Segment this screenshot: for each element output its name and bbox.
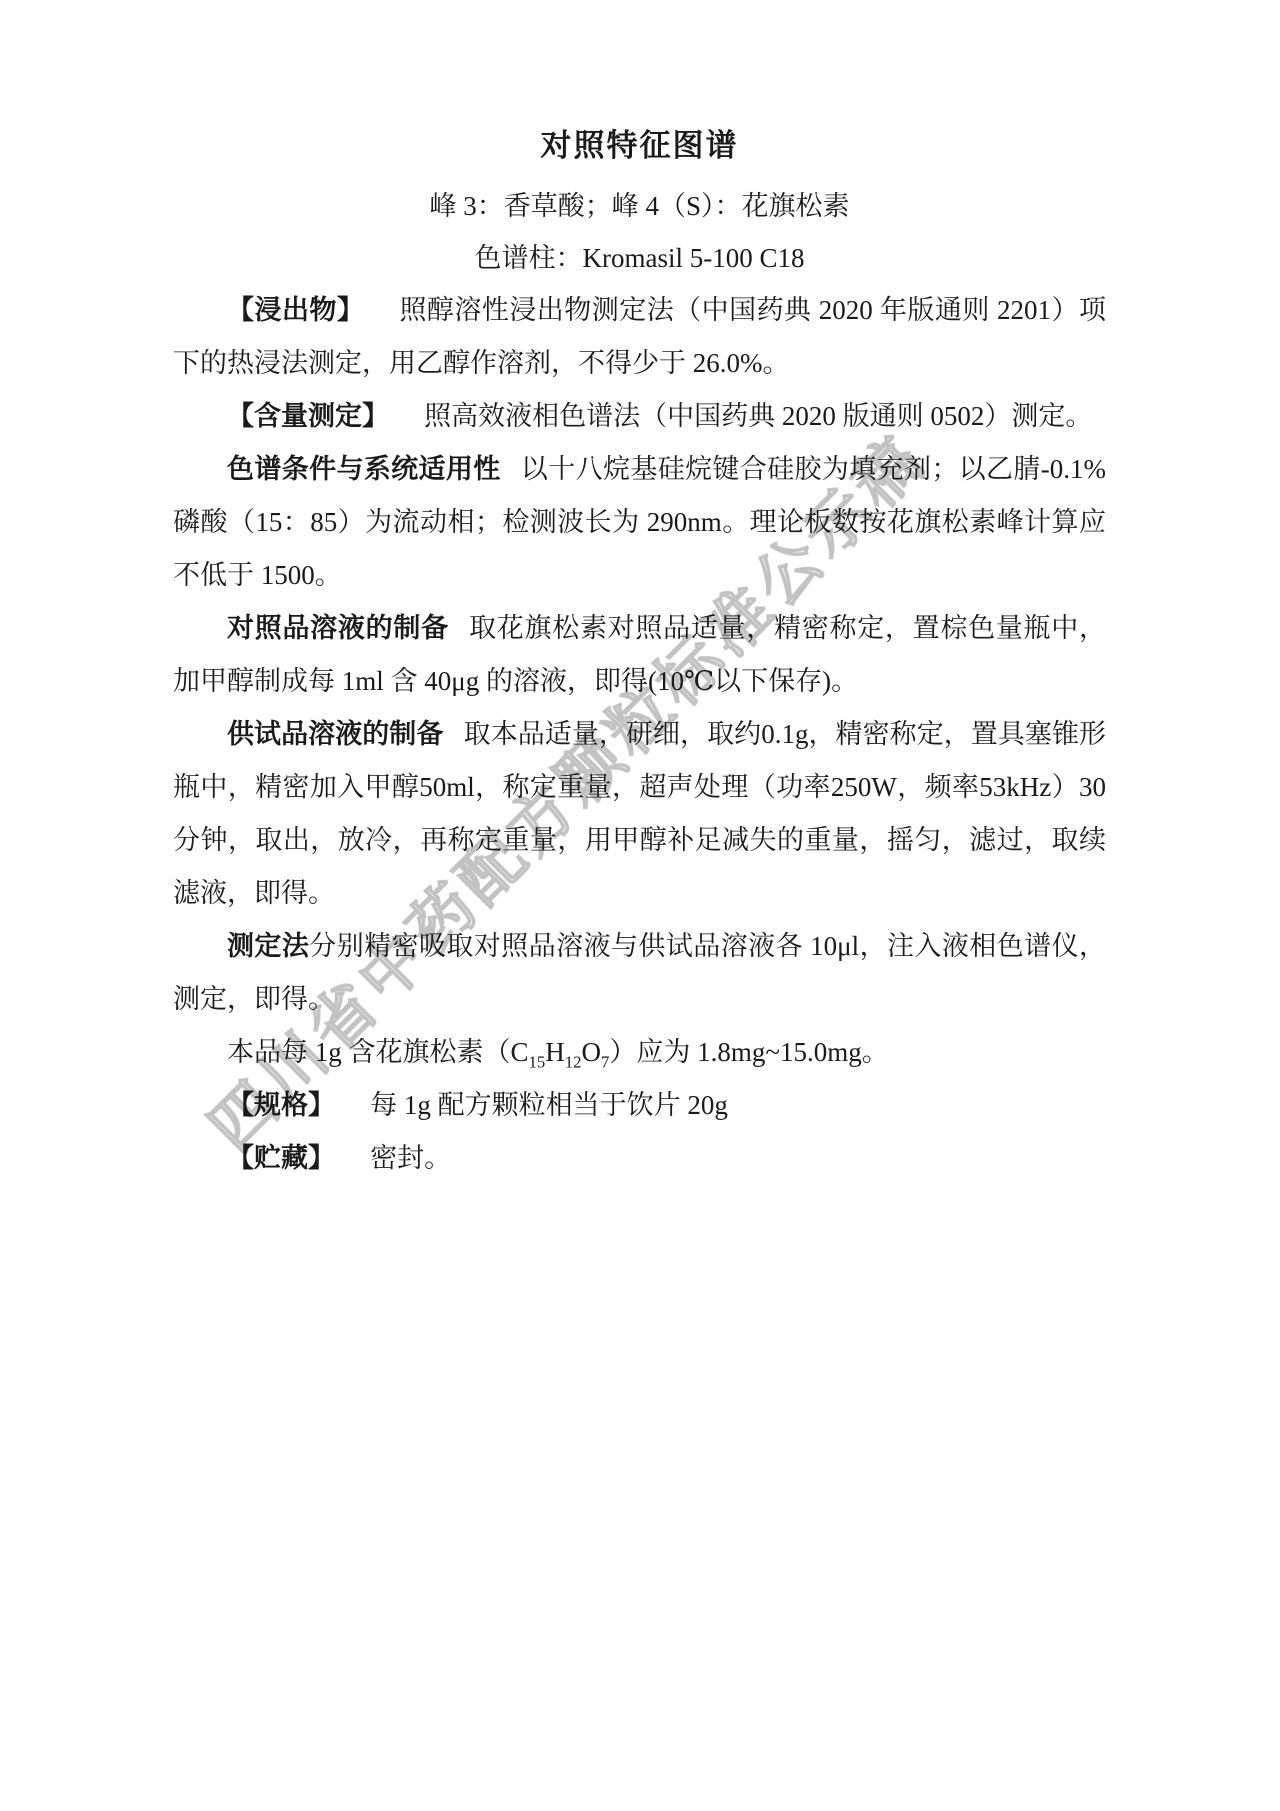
section-determination-text: 分别精密吸取对照品溶液与供试品溶液各 10μl，注入液相色谱仪，测定，即得。 [173, 931, 1106, 1014]
section-extract: 【浸出物】照醇溶性浸出物测定法（中国药典 2020 年版通则 2201）项下的热… [173, 284, 1106, 390]
section-test-solution-label: 供试品溶液的制备 [227, 719, 443, 749]
document-content: 对照特征图谱 峰 3：香草酸；峰 4（S）：花旗松素 色谱柱：Kromasil … [0, 0, 1280, 1185]
section-content-limit: 本品每 1g 含花旗松素（C15H12O7）应为 1.8mg~15.0mg。 [173, 1026, 1106, 1079]
formula-subscript-12: 12 [565, 1052, 582, 1071]
content-limit-suffix: ）应为 1.8mg~15.0mg。 [609, 1037, 888, 1067]
content-limit-prefix: 本品每 1g 含花旗松素（C [227, 1037, 529, 1067]
section-chromatography: 色谱条件与系统适用性以十八烷基硅烷键合硅胶为填充剂；以乙腈-0.1%磷酸（15：… [173, 443, 1106, 602]
section-assay-text: 照高效液相色谱法（中国药典 2020 版通则 0502）测定。 [424, 401, 1092, 431]
section-assay: 【含量测定】照高效液相色谱法（中国药典 2020 版通则 0502）测定。 [173, 390, 1106, 443]
section-assay-label: 【含量测定】 [227, 401, 389, 431]
section-storage-text: 密封。 [370, 1143, 451, 1173]
content-limit-mid1: H [545, 1037, 565, 1067]
section-specification-label: 【规格】 [227, 1090, 335, 1120]
section-extract-label: 【浸出物】 [227, 295, 364, 325]
section-test-solution: 供试品溶液的制备取本品适量，研细，取约0.1g，精密称定，置具塞锥形瓶中，精密加… [173, 708, 1106, 920]
section-chromatography-label: 色谱条件与系统适用性 [227, 454, 501, 484]
peak-annotation: 峰 3：香草酸；峰 4（S）：花旗松素 [173, 190, 1106, 222]
section-reference-solution: 对照品溶液的制备取花旗松素对照品适量，精密称定，置棕色量瓶中，加甲醇制成每 1m… [173, 602, 1106, 708]
section-reference-solution-label: 对照品溶液的制备 [227, 613, 449, 643]
content-limit-mid2: O [581, 1037, 601, 1067]
section-specification: 【规格】每 1g 配方颗粒相当于饮片 20g [173, 1079, 1106, 1132]
chromatography-column-line: 色谱柱：Kromasil 5-100 C18 [173, 242, 1106, 274]
section-determination-label: 测定法 [227, 931, 309, 961]
section-storage-label: 【贮藏】 [227, 1143, 335, 1173]
section-determination: 测定法分别精密吸取对照品溶液与供试品溶液各 10μl，注入液相色谱仪，测定，即得… [173, 920, 1106, 1026]
page-title: 对照特征图谱 [173, 128, 1106, 164]
formula-subscript-15: 15 [529, 1052, 546, 1071]
section-specification-text: 每 1g 配方颗粒相当于饮片 20g [370, 1090, 728, 1120]
section-storage: 【贮藏】密封。 [173, 1132, 1106, 1185]
document-page: 四川省中药配方颗粒标准公示稿 对照特征图谱 峰 3：香草酸；峰 4（S）：花旗松… [0, 0, 1280, 1811]
